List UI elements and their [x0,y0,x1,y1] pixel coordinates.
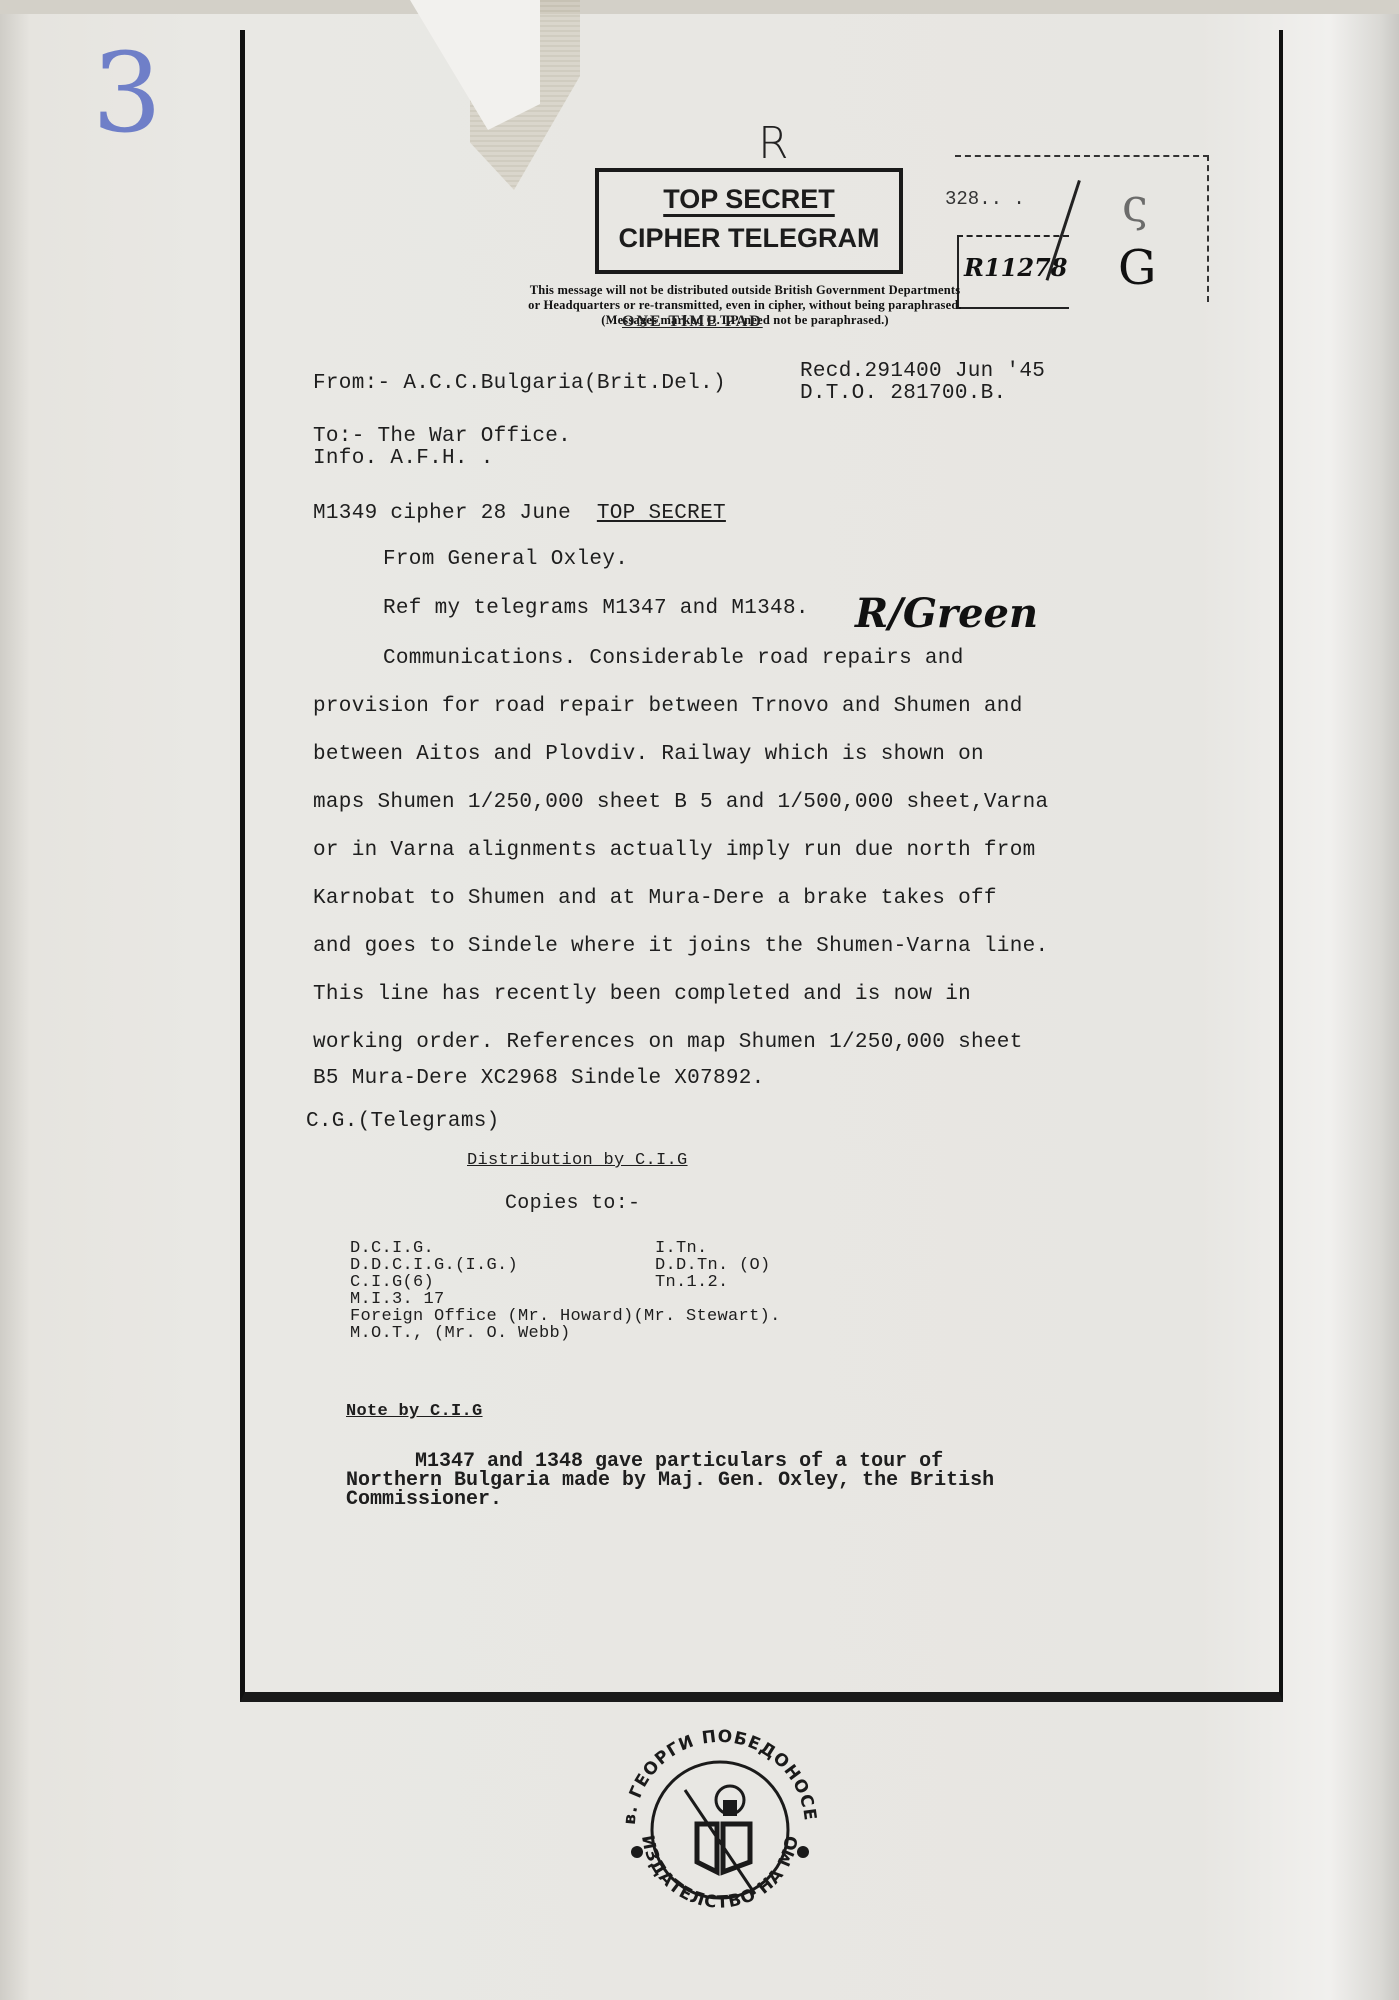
body-line: This line has recently been completed an… [313,983,971,1006]
body-line: and goes to Sindele where it joins the S… [313,935,1048,958]
message-classification: TOP SECRET [597,502,726,525]
logo-bottom-text: ИЗДАТЕЛСТВО НА МО [637,1834,803,1913]
reference-letter-g: G [1118,240,1156,296]
dto-line: D.T.O. 281700.B. [800,382,1006,405]
header-top-secret: TOP SECRET [599,184,899,215]
distribution-left-item: M.I.3. 17 [350,1291,445,1308]
handwritten-r-mark: R [758,118,789,169]
telegram-document: R TOP SECRET CIPHER TELEGRAM 328.. . R11… [0,0,1399,2000]
svg-text:ИЗДАТЕЛСТВО НА МО: ИЗДАТЕЛСТВО НА МО [637,1834,803,1913]
note-line: Commissioner. [346,1490,502,1509]
distribution-full-item: Foreign Office (Mr. Howard)(Mr. Stewart)… [350,1308,781,1325]
to-line: To:- The War Office. [313,425,571,448]
received-line: Recd.291400 Jun '45 [800,360,1045,383]
body-line: working order. References on map Shumen … [313,1031,1023,1054]
body-line: or in Varna alignments actually imply ru… [313,839,1036,862]
distribution-full-item: M.O.T., (Mr. O. Webb) [350,1325,571,1342]
distribution-right-item: Tn.1.2. [655,1274,729,1291]
from-line: From:- A.C.C.Bulgaria(Brit.Del.) [313,372,726,395]
signature-line: C.G.(Telegrams) [306,1110,500,1133]
distribution-right-item: I.Tn. [655,1240,708,1257]
from-general-line: From General Oxley. [383,548,628,571]
body-line: Karnobat to Shumen and at Mura-Dere a br… [313,887,997,910]
distribution-right-item: D.D.Tn. (O) [655,1257,771,1274]
body-line: provision for road repair between Trnovo… [313,695,1023,718]
message-id: M1349 cipher 28 June [313,502,571,525]
body-line: between Aitos and Plovdiv. Railway which… [313,743,984,766]
warning-line-1: This message will not be distributed out… [395,283,1095,298]
body-line: Communications. Considerable road repair… [383,647,964,670]
warning-line-2: or Headquarters or re-transmitted, even … [395,298,1095,313]
note-heading: Note by C.I.G [346,1403,483,1420]
svg-text:Св. ГЕОРГИ ПОБЕДОНОСЕЦ: Св. ГЕОРГИ ПОБЕДОНОСЕЦ [605,1712,820,1826]
distribution-heading: Distribution by C.I.G [467,1152,688,1169]
distribution-left-item: D.C.I.G. [350,1240,434,1257]
reference-faint-mark: ς [1122,178,1148,232]
reference-typed-number: 328.. . [945,188,1025,210]
header-cipher-telegram: CIPHER TELEGRAM [599,223,899,254]
distribution-left-item: C.I.G(6) [350,1274,434,1291]
publisher-logo-icon: Св. ГЕОРГИ ПОБЕДОНОСЕЦ ИЗДАТЕЛСТВО НА МО [605,1712,835,1942]
body-line: B5 Mura-Dere XC2968 Sindele X07892. [313,1067,765,1090]
info-line: Info. A.F.H. . [313,447,494,470]
body-line: maps Shumen 1/250,000 sheet B 5 and 1/50… [313,791,1048,814]
handwritten-r-green-note: R/Green [855,590,1038,637]
one-time-pad-stamp: ONE TIME PAD [622,313,763,331]
message-reference-line: M1349 cipher 28 June TOP SECRET [313,502,726,525]
distribution-left-item: D.D.C.I.G.(I.G.) [350,1257,518,1274]
copies-to-label: Copies to:- [505,1192,640,1215]
logo-top-text: Св. ГЕОРГИ ПОБЕДОНОСЕЦ [605,1712,820,1826]
classification-header-box: TOP SECRET CIPHER TELEGRAM [595,168,903,274]
ref-telegrams-line: Ref my telegrams M1347 and M1348. [383,597,809,620]
